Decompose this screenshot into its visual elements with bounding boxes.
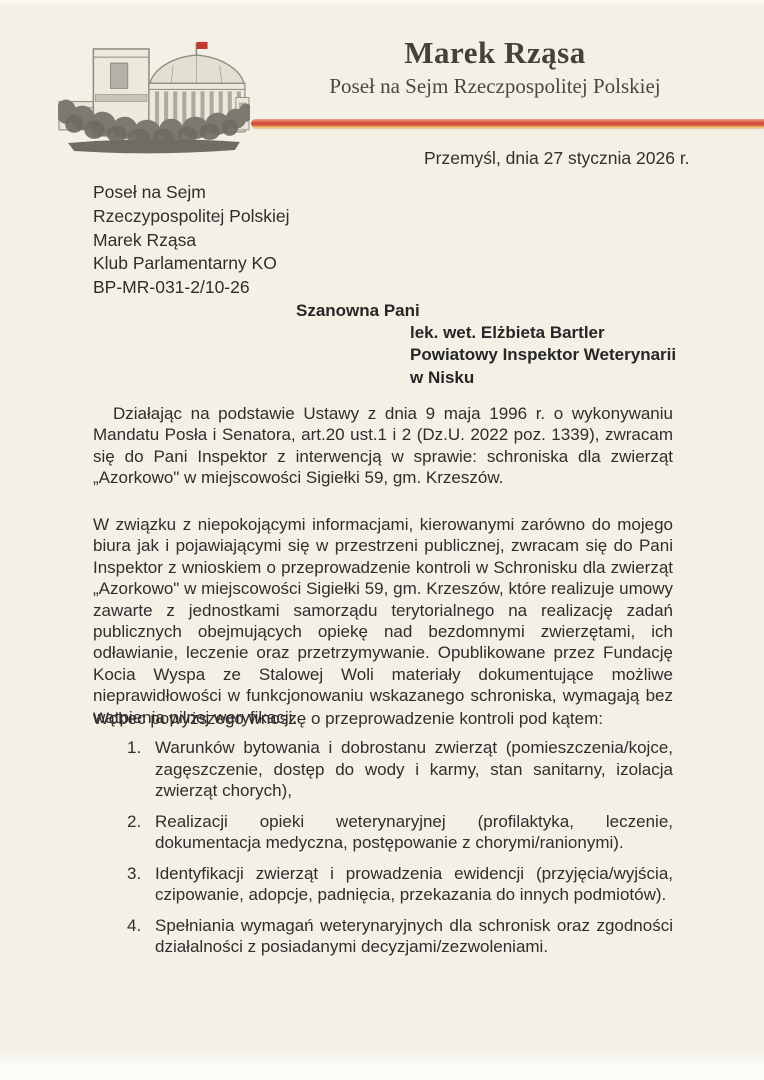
list-item: 1. Warunków bytowania i dobrostanu zwier…	[127, 737, 673, 802]
sender-reference-number: BP-MR-031-2/10-26	[93, 276, 289, 300]
list-item-text: Warunków bytowania i dobrostanu zwierząt…	[155, 737, 673, 802]
sender-block: Poseł na Sejm Rzeczypospolitej Polskiej …	[93, 181, 289, 300]
date-line: Przemyśl, dnia 27 stycznia 2026 r.	[424, 148, 690, 169]
recipient-block: lek. wet. Elżbieta Bartler Powiatowy Ins…	[410, 322, 676, 389]
body-paragraph-request: W związku z niepokojącymi informacjami, …	[93, 514, 673, 728]
list-item-number: 1.	[127, 737, 155, 802]
list-intro: Wobec powyższego wnoszę o przeprowadzeni…	[93, 709, 603, 729]
letterhead: Marek Rząsa Poseł na Sejm Rzeczpospolite…	[270, 36, 720, 99]
sender-line: Rzeczypospolitej Polskiej	[93, 205, 289, 229]
letter-page: Marek Rząsa Poseł na Sejm Rzeczpospolite…	[0, 0, 764, 1080]
letterhead-title: Poseł na Sejm Rzeczpospolitej Polskiej	[270, 73, 720, 99]
list-item-number: 3.	[127, 863, 155, 906]
list-item-number: 2.	[127, 811, 155, 854]
sender-line: Marek Rząsa	[93, 229, 289, 253]
recipient-role: Powiatowy Inspektor Weterynarii	[410, 344, 676, 366]
list-item-text: Identyfikacji zwierząt i prowadzenia ewi…	[155, 863, 673, 906]
sender-line: Poseł na Sejm	[93, 181, 289, 205]
recipient-location: w Nisku	[410, 367, 676, 389]
body-paragraph-legal-basis: Działając na podstawie Ustawy z dnia 9 m…	[93, 403, 673, 489]
list-item: 3. Identyfikacji zwierząt i prowadzenia …	[127, 863, 673, 906]
list-item: 4. Spełniania wymagań weterynaryjnych dl…	[127, 915, 673, 958]
recipient-name: lek. wet. Elżbieta Bartler	[410, 322, 676, 344]
sejm-building-svg	[58, 40, 250, 156]
letterhead-accent-rule	[251, 119, 764, 128]
sejm-building-illustration-icon	[58, 40, 250, 156]
sender-line: Klub Parlamentarny KO	[93, 252, 289, 276]
list-item-text: Spełniania wymagań weterynaryjnych dla s…	[155, 915, 673, 958]
list-item-text: Realizacji opieki weterynaryjnej (profil…	[155, 811, 673, 854]
list-item: 2. Realizacji opieki weterynaryjnej (pro…	[127, 811, 673, 854]
control-scope-list: 1. Warunków bytowania i dobrostanu zwier…	[127, 737, 673, 967]
letterhead-name: Marek Rząsa	[270, 36, 720, 70]
recipient-salutation: Szanowna Pani	[296, 301, 420, 321]
list-item-number: 4.	[127, 915, 155, 958]
red-flag-icon	[196, 42, 207, 49]
